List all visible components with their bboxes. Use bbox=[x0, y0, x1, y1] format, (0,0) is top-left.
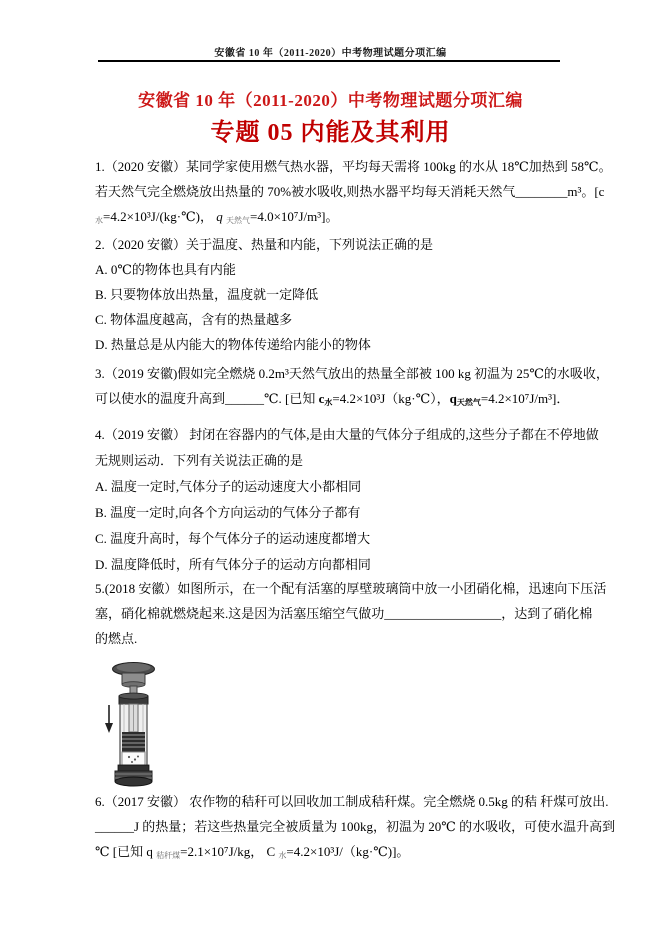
q3-line1: 3.（2019 安徽)假如完全燃烧 0.2m³天然气放出的热量全部被 100 k… bbox=[95, 361, 575, 386]
tube-base bbox=[115, 765, 152, 786]
header-rule bbox=[98, 60, 560, 62]
q4-option-d: D. 温度降低时，所有气体分子的运动方向都相同 bbox=[95, 552, 575, 578]
q1-formula-text-2: =4.0×10⁷J/m³]。 bbox=[250, 209, 338, 224]
subscript-straw-coal: 秸秆煤 bbox=[156, 851, 180, 860]
q5-line3: 的燃点. bbox=[95, 626, 575, 651]
subscript-natural-gas: 天然气 bbox=[226, 216, 250, 225]
q3-formula-line: 可以使水的温度升高到______℃. [已知 c水=4.2×10³J（kg·℃）… bbox=[95, 386, 575, 411]
q2-option-d: D. 热量总是从内能大的物体传递给内能小的物体 bbox=[95, 332, 575, 357]
q4-option-a: A. 温度一定时,气体分子的运动速度大小都相同 bbox=[95, 474, 575, 500]
q3-text-3: =4.2×10⁷J/m³]． bbox=[481, 391, 569, 406]
question-3: 3.（2019 安徽)假如完全燃烧 0.2m³天然气放出的热量全部被 100 k… bbox=[95, 361, 575, 411]
q6-line1: 6.（2017 安徽） 农作物的秸秆可以回收加工制成秸秆煤。完全燃烧 0.5kg… bbox=[95, 789, 575, 814]
q2-stem: 2.（2020 安徽）关于温度、热量和内能，下列说法正确的是 bbox=[95, 232, 575, 257]
question-6: 6.（2017 安徽） 农作物的秸秆可以回收加工制成秸秆煤。完全燃烧 0.5kg… bbox=[95, 789, 575, 864]
doc-title: 安徽省 10 年（2011-2020）中考物理试题分项汇编 bbox=[0, 86, 661, 111]
q3-text-1: 可以使水的温度升高到______℃. [已知 bbox=[95, 391, 319, 406]
nitrocellulose-cotton bbox=[122, 752, 145, 765]
piston-knob bbox=[113, 663, 155, 688]
q4-line2: 无规则运动．下列有关说法正确的是 bbox=[95, 448, 575, 474]
q4-option-c: C. 温度升高时，每个气体分子的运动速度都增大 bbox=[95, 526, 575, 552]
q6-line2: ______J 的热量；若这些热量完全被质量为 100kg，初温为 20℃ 的水… bbox=[95, 814, 575, 839]
symbol-q-bold: q bbox=[450, 391, 457, 406]
fire-syringe-figure bbox=[96, 660, 168, 788]
q1-line2: 若天然气完全燃烧放出热量的 70%被水吸收,则热水器平均每天消耗天然气_____… bbox=[95, 179, 575, 204]
q3-text-2: =4.2×10³J（kg·℃）， bbox=[332, 391, 449, 406]
q6-text-2: =2.1×10⁷J/kg， C bbox=[180, 844, 278, 859]
question-5: 5.(2018 安徽）如图所示，在一个配有活塞的厚壁玻璃筒中放一小团硝化棉，迅速… bbox=[95, 576, 575, 651]
piston-seal bbox=[122, 732, 145, 752]
q6-formula-line: ℃ [已知 q 秸秆煤=2.1×10⁷J/kg， C 水=4.2×10³J/（k… bbox=[95, 839, 575, 864]
tube-collar bbox=[119, 693, 148, 704]
symbol-q2: q bbox=[146, 844, 156, 859]
q2-option-a: A. 0℃的物体也具有内能 bbox=[95, 257, 575, 282]
q5-line1: 5.(2018 安徽）如图所示，在一个配有活塞的厚壁玻璃筒中放一小团硝化棉，迅速… bbox=[95, 576, 575, 601]
document-page: 安徽省 10 年（2011-2020）中考物理试题分项汇编 安徽省 10 年（2… bbox=[0, 0, 661, 935]
piston-rod bbox=[129, 704, 138, 732]
subscript-natural-gas-bold: 天然气 bbox=[457, 398, 481, 407]
q1-line1: 1.（2020 安徽）某同学家使用燃气热水器，平均每天需将 100kg 的水从 … bbox=[95, 154, 575, 179]
question-4: 4.（2019 安徽） 封闭在容器内的气体,是由大量的气体分子组成的,这些分子都… bbox=[95, 422, 575, 578]
q2-option-c: C. 物体温度越高，含有的热量越多 bbox=[95, 307, 575, 332]
doc-subtitle: 专题 05 内能及其利用 bbox=[0, 112, 661, 147]
running-header: 安徽省 10 年（2011-2020）中考物理试题分项汇编 bbox=[0, 44, 661, 59]
q6-text-3: =4.2×10³J/（kg·℃)]。 bbox=[286, 844, 409, 859]
question-1: 1.（2020 安徽）某同学家使用燃气热水器，平均每天需将 100kg 的水从 … bbox=[95, 154, 575, 229]
q4-option-b: B. 温度一定时,向各个方向运动的气体分子都有 bbox=[95, 500, 575, 526]
q5-line2: 塞，硝化棉就燃烧起来.这是因为活塞压缩空气做功_________________… bbox=[95, 601, 575, 626]
q6-text-1: ℃ [已知 bbox=[95, 844, 146, 859]
subscript-water: 水 bbox=[95, 216, 103, 225]
q1-formula-line: 水=4.2×10³J/(kg·℃)， q 天然气=4.0×10⁷J/m³]。 bbox=[95, 204, 575, 229]
symbol-q: q bbox=[216, 209, 226, 224]
question-2: 2.（2020 安徽）关于温度、热量和内能，下列说法正确的是 A. 0℃的物体也… bbox=[95, 232, 575, 357]
q2-option-b: B. 只要物体放出热量，温度就一定降低 bbox=[95, 282, 575, 307]
q4-line1: 4.（2019 安徽） 封闭在容器内的气体,是由大量的气体分子组成的,这些分子都… bbox=[95, 422, 575, 448]
down-arrow-icon bbox=[105, 705, 113, 733]
q1-formula-text-1: =4.2×10³J/(kg·℃)， bbox=[103, 209, 216, 224]
